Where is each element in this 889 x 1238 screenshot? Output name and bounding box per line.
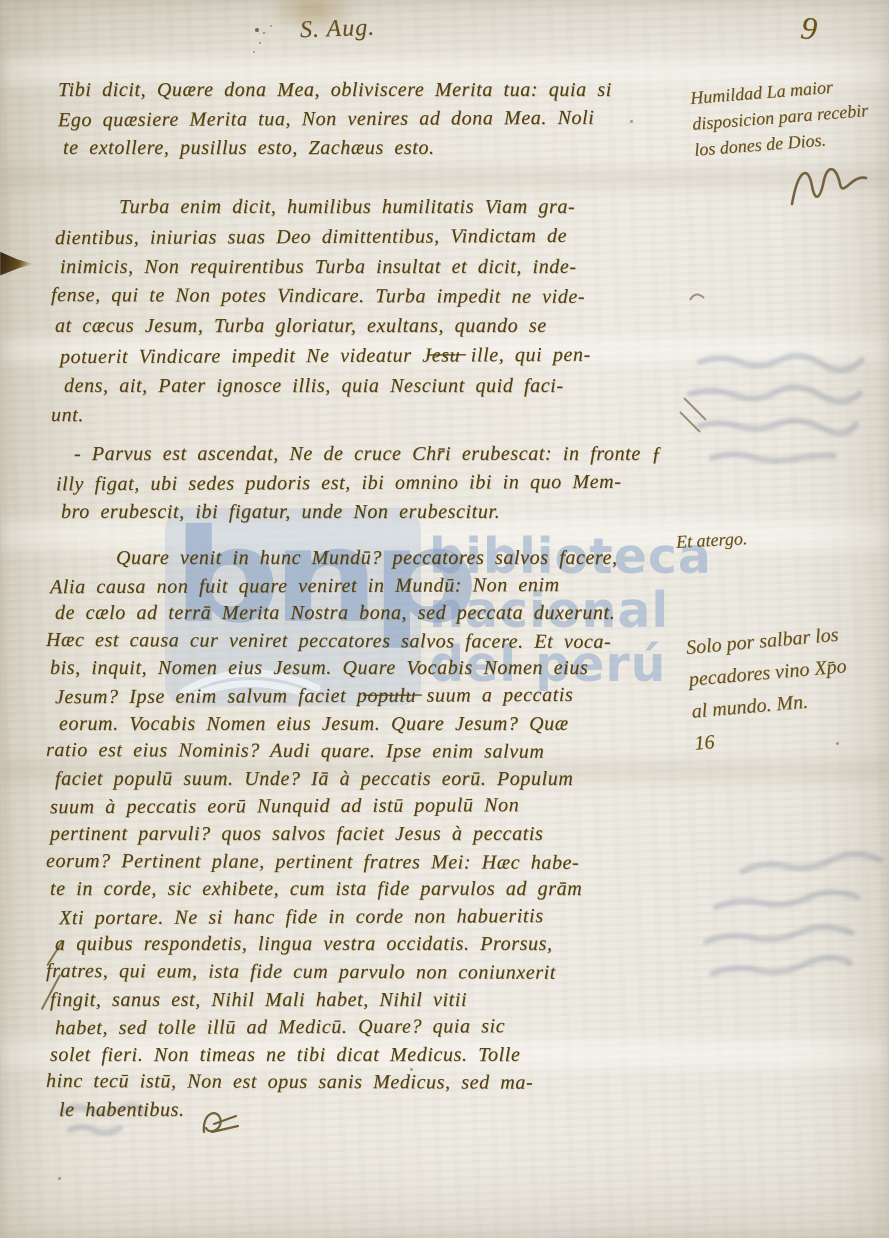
handwritten-line: habet, sed tolle illū ad Medicū. Quare? … [55,1013,618,1043]
margin-note-humildad: Humildad La maiordisposicion para recebi… [689,71,871,163]
handwritten-line: fingit, sanus est, Nihil Mali habet, Nih… [50,987,618,1015]
handwritten-line: dens, ait, Pater ignosce illis, quia Nes… [64,372,591,402]
paper-band [0,168,889,188]
handwritten-line: le habentibus. [59,1097,618,1125]
handwritten-line: Turba enim dicit, humilibus humilitatis … [55,193,591,223]
handwritten-line: a quibus respondetis, lingua vestra occi… [55,931,618,959]
handwritten-line: at cæcus Jesum, Turba gloriatur, exultan… [55,312,591,342]
handwritten-line: dientibus, iniurias suas Deo dimittentib… [55,222,591,254]
handwritten-line: eorum. Vocabis Nomen eius Jesum. Quare J… [59,711,618,739]
handwritten-line: de cælo ad terrā Merita Nostra bona, sed… [55,600,618,628]
handwritten-line: Xti portare. Ne si hanc fide in corde no… [59,903,618,933]
paper-speck [410,1068,413,1071]
handwritten-line: inimicis, Non requirentibus Turba insult… [60,253,591,283]
handwritten-line: Alia causa non fuit quare veniret in Mun… [50,571,618,601]
handwritten-line: fense, qui te Non potes Vindicare. Turba… [51,281,591,313]
handwritten-line: unt. [51,401,591,433]
ink-smudge [255,28,259,32]
paper-speck [630,120,633,123]
handwritten-line: Quare venit in hunc Mundū? peccatores sa… [50,545,618,573]
handwritten-line: suum à peccatis eorū Nunquid ad istū pop… [50,792,618,822]
handwritten-line: ratio est eius Nominis? Audi quare. Ipse… [46,737,618,767]
paragraph-exordium: Tibi dicit, Quære dona Mea, obliviscere … [58,76,612,163]
paragraph-quare-venit: Quare venit in hunc Mundū? peccatores sa… [50,545,618,1124]
paragraph-turba: Turba enim dicit, humilibus humilitatis … [55,193,591,431]
margin-paraph-flourish [786,156,872,214]
rubric-flourish [196,1102,244,1144]
margin-note-salvar: Solo por salbar lospecadores vino Xp̄oal… [685,618,854,759]
paper-speck [836,742,839,745]
handwritten-line: pertinent parvuli? quos salvos faciet Je… [50,821,618,849]
handwritten-line: solet fieri. Non timeas ne tibi dicat Me… [50,1042,618,1070]
paper-speck [58,1177,61,1180]
handwritten-line: fratres, qui eum, ista fide cum parvulo … [46,958,618,988]
paragraph-parvus: - Parvus est ascendat, Ne de cruce Chr̄i… [56,440,662,527]
handwritten-line: Hæc est causa cur veniret peccatores sal… [46,627,618,657]
handwritten-line: potuerit Vindicare impedit Ne videatur J… [60,341,591,373]
handwritten-line: te extollere, pusillus esto, Zachæus est… [63,134,612,163]
margin-note-line: Et atergo. [675,528,747,553]
handwritten-line: bro erubescit, ibi figatur, unde Non eru… [61,498,662,527]
handwritten-line: illy figat, ubi sedes pudoris est, ibi o… [56,468,662,500]
margin-note-atergo: Et atergo. [675,528,747,553]
handwritten-line: Ego quæsiere Merita tua, Non venires ad … [58,104,612,135]
handwritten-line: eorum? Pertinent plane, pertinent fratre… [46,848,618,878]
handwritten-line: te in corde, sic exhibete, cum ista fide… [50,876,618,904]
handwritten-line: Jesum? Ipse enim salvum faciet p̶o̶p̶u̶l… [55,682,618,712]
handwritten-line: - Parvus est ascendat, Ne de cruce Chr̄i… [56,440,662,469]
paper-stain [248,0,378,42]
handwritten-line: hinc tecū istū, Non est opus sanis Medic… [46,1068,618,1098]
handwritten-line: Tibi dicit, Quære dona Mea, obliviscere … [58,76,612,105]
handwritten-line: bis, inquit, Nomen eius Jesum. Quare Voc… [50,655,618,683]
manuscript-page: bnp bibliotecanacionaldel perú S. Aug. 9… [0,0,889,1238]
handwritten-line: faciet populū suum. Unde? Iā à peccatis … [55,766,618,794]
